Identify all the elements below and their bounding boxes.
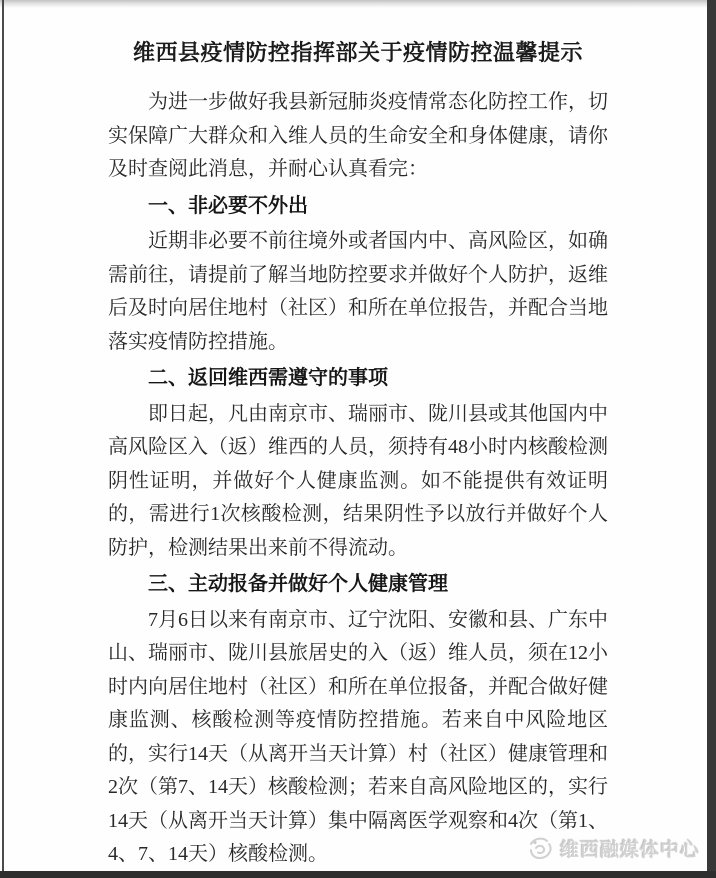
scan-bottom-border	[0, 871, 716, 878]
watermark-label: 维西融媒体中心	[560, 835, 700, 862]
section-2-body: 即日起，凡由南京市、瑞丽市、陇川县或其他国内中高风险区入（返）维西的人员，须持有…	[108, 398, 608, 566]
scan-right-border	[707, 0, 716, 878]
section-1-heading: 一、非必要不外出	[108, 190, 608, 224]
media-center-logo-icon	[527, 835, 554, 862]
scanned-notice-page: 维西县疫情防控指挥部关于疫情防控温馨提示 为进一步做好我县新冠肺炎疫情常态化防控…	[0, 0, 716, 878]
intro-paragraph: 为进一步做好我县新冠肺炎疫情常态化防控工作，切实保障广大群众和入维人员的生命安全…	[108, 86, 608, 187]
section-1-body: 近期非必要不前往境外或者国内中、高风险区，如确需前往，请提前了解当地防控要求并做…	[108, 225, 608, 359]
media-center-watermark: 维西融媒体中心	[527, 835, 700, 862]
section-3-body: 7月6日以来有南京市、辽宁沈阳、安徽和县、广东中山、瑞丽市、陇川县旅居史的入（返…	[108, 604, 608, 872]
notice-title: 维西县疫情防控指挥部关于疫情防控温馨提示	[108, 38, 608, 68]
notice-document: 维西县疫情防控指挥部关于疫情防控温馨提示 为进一步做好我县新冠肺炎疫情常态化防控…	[108, 38, 608, 872]
section-2-heading: 二、返回维西需遵守的事项	[108, 362, 608, 396]
scan-top-shadow	[0, 0, 716, 8]
scan-left-border	[2, 0, 4, 878]
section-3-heading: 三、主动报备并做好个人健康管理	[108, 568, 608, 602]
